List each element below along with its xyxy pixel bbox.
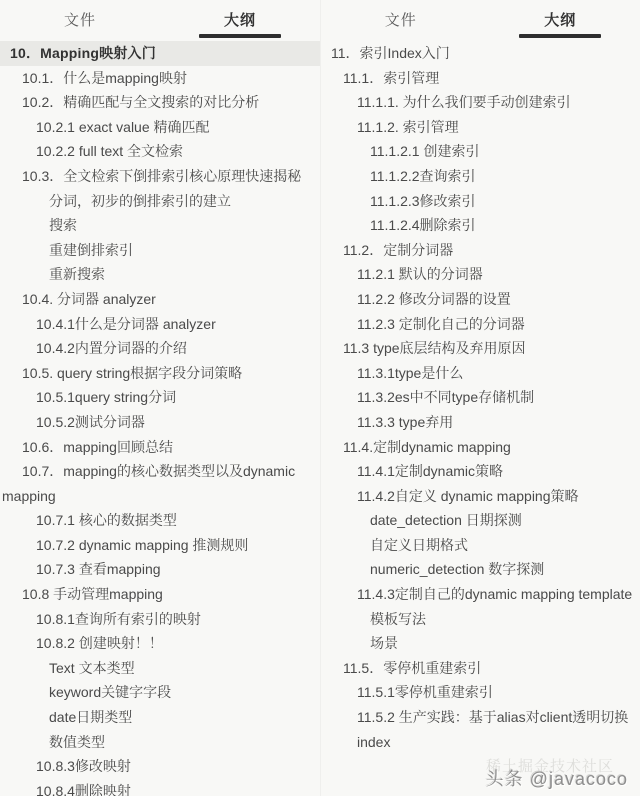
outline-item[interactable]: 10.2．精确匹配与全文搜索的对比分析 [0, 90, 320, 115]
outline-item[interactable]: date日期类型 [0, 705, 320, 730]
outline-item[interactable]: 10.4.1什么是分词器 analyzer [0, 312, 320, 337]
outline-item[interactable]: 10.5.1query string分词 [0, 385, 320, 410]
outline-item[interactable]: 11.2．定制分词器 [321, 238, 640, 263]
outline-item[interactable]: 10.7.1 核心的数据类型 [0, 508, 320, 533]
outline-item[interactable]: 10.6．mapping回顾总结 [0, 435, 320, 460]
outline-viewer: 文件 大纲 10．Mapping映射入门10.1．什么是mapping映射10.… [0, 0, 640, 796]
outline-item[interactable]: 10．Mapping映射入门 [0, 41, 320, 66]
outline-item[interactable]: 10.2.1 exact value 精确匹配 [0, 115, 320, 140]
outline-item[interactable]: 11.3.3 type弃用 [321, 410, 640, 435]
outline-item[interactable]: 10.3．全文检索下倒排索引核心原理快速揭秘 [0, 164, 320, 189]
tab-outline[interactable]: 大纲 [160, 0, 320, 38]
outline-item[interactable]: 11.1.2.2查询索引 [321, 164, 640, 189]
outline-list-right: 11．索引Index入门11.1．索引管理11.1.1. 为什么我们要手动创建索… [321, 38, 640, 754]
outline-item[interactable]: 10.8.2 创建映射！！ [0, 631, 320, 656]
outline-item[interactable]: 11.1.2.1 创建索引 [321, 139, 640, 164]
outline-item[interactable]: 10.4. 分词器 analyzer [0, 287, 320, 312]
outline-item[interactable]: 重建倒排索引 [0, 238, 320, 263]
tab-file[interactable]: 文件 [321, 0, 481, 38]
outline-item[interactable]: 搜索 [0, 213, 320, 238]
outline-item[interactable]: 11.3.2es中不同type存储机制 [321, 385, 640, 410]
outline-item[interactable]: 10.7.3 查看mapping [0, 557, 320, 582]
outline-item[interactable]: 11.1.2.3修改索引 [321, 189, 640, 214]
outline-item[interactable]: 10.5.2测试分词器 [0, 410, 320, 435]
outline-item[interactable]: 11.2.2 修改分词器的设置 [321, 287, 640, 312]
outline-item[interactable]: 10.8.3修改映射 [0, 754, 320, 779]
tab-file[interactable]: 文件 [0, 0, 160, 38]
outline-item[interactable]: 10.4.2内置分词器的介绍 [0, 336, 320, 361]
outline-item[interactable]: 10.7.2 dynamic mapping 推测规则 [0, 533, 320, 558]
outline-item[interactable]: 分词，初步的倒排索引的建立 [0, 189, 320, 214]
outline-item[interactable]: 11.1.1. 为什么我们要手动创建索引 [321, 90, 640, 115]
outline-item[interactable]: 11.3 type底层结构及弃用原因 [321, 336, 640, 361]
outline-panel-right: 文件 大纲 11．索引Index入门11.1．索引管理11.1.1. 为什么我们… [320, 0, 640, 796]
outline-item[interactable]: 模板写法 [321, 607, 640, 632]
outline-item[interactable]: 11.5.1零停机重建索引 [321, 680, 640, 705]
outline-item[interactable]: 11.4.定制dynamic mapping [321, 435, 640, 460]
outline-item[interactable]: keyword关键字字段 [0, 680, 320, 705]
outline-item[interactable]: 11.2.3 定制化自己的分词器 [321, 312, 640, 337]
outline-item[interactable]: 11.4.2自定义 dynamic mapping策略 [321, 484, 640, 509]
outline-item[interactable]: 自定义日期格式 [321, 533, 640, 558]
outline-panel-left: 文件 大纲 10．Mapping映射入门10.1．什么是mapping映射10.… [0, 0, 320, 796]
outline-item[interactable]: 11.4.3定制自己的dynamic mapping template [321, 582, 640, 607]
outline-item[interactable]: 11.5.2 生产实践：基于alias对client透明切换index [321, 705, 640, 754]
outline-item[interactable]: 重新搜索 [0, 262, 320, 287]
outline-item[interactable]: 10.8.4删除映射 [0, 779, 320, 796]
outline-item[interactable]: 11.2.1 默认的分词器 [321, 262, 640, 287]
outline-item[interactable]: 10.7．mapping的核心数据类型以及dynamic mapping [0, 459, 320, 508]
outline-item[interactable]: 11.1.2.4删除索引 [321, 213, 640, 238]
tab-outline[interactable]: 大纲 [481, 0, 640, 38]
outline-list-left: 10．Mapping映射入门10.1．什么是mapping映射10.2．精确匹配… [0, 38, 320, 796]
outline-item[interactable]: 11.3.1type是什么 [321, 361, 640, 386]
outline-item[interactable]: 10.5. query string根据字段分词策略 [0, 361, 320, 386]
panel-container: 文件 大纲 10．Mapping映射入门10.1．什么是mapping映射10.… [0, 0, 640, 796]
outline-item[interactable]: 场景 [321, 631, 640, 656]
outline-item[interactable]: Text 文本类型 [0, 656, 320, 681]
outline-item[interactable]: 10.2.2 full text 全文检索 [0, 139, 320, 164]
outline-item[interactable]: 10.8.1查询所有索引的映射 [0, 607, 320, 632]
outline-item[interactable]: 数值类型 [0, 730, 320, 755]
tabbar-left: 文件 大纲 [0, 0, 320, 38]
outline-item[interactable]: 10.8 手动管理mapping [0, 582, 320, 607]
outline-item[interactable]: 11.1.2. 索引管理 [321, 115, 640, 140]
outline-item[interactable]: 11.1．索引管理 [321, 66, 640, 91]
outline-item[interactable]: 11．索引Index入门 [321, 41, 640, 66]
outline-item[interactable]: 11.4.1定制dynamic策略 [321, 459, 640, 484]
outline-item[interactable]: numeric_detection 数字探测 [321, 557, 640, 582]
outline-item[interactable]: 10.1．什么是mapping映射 [0, 66, 320, 91]
outline-item[interactable]: 11.5．零停机重建索引 [321, 656, 640, 681]
tabbar-right: 文件 大纲 [321, 0, 640, 38]
outline-item[interactable]: date_detection 日期探测 [321, 508, 640, 533]
